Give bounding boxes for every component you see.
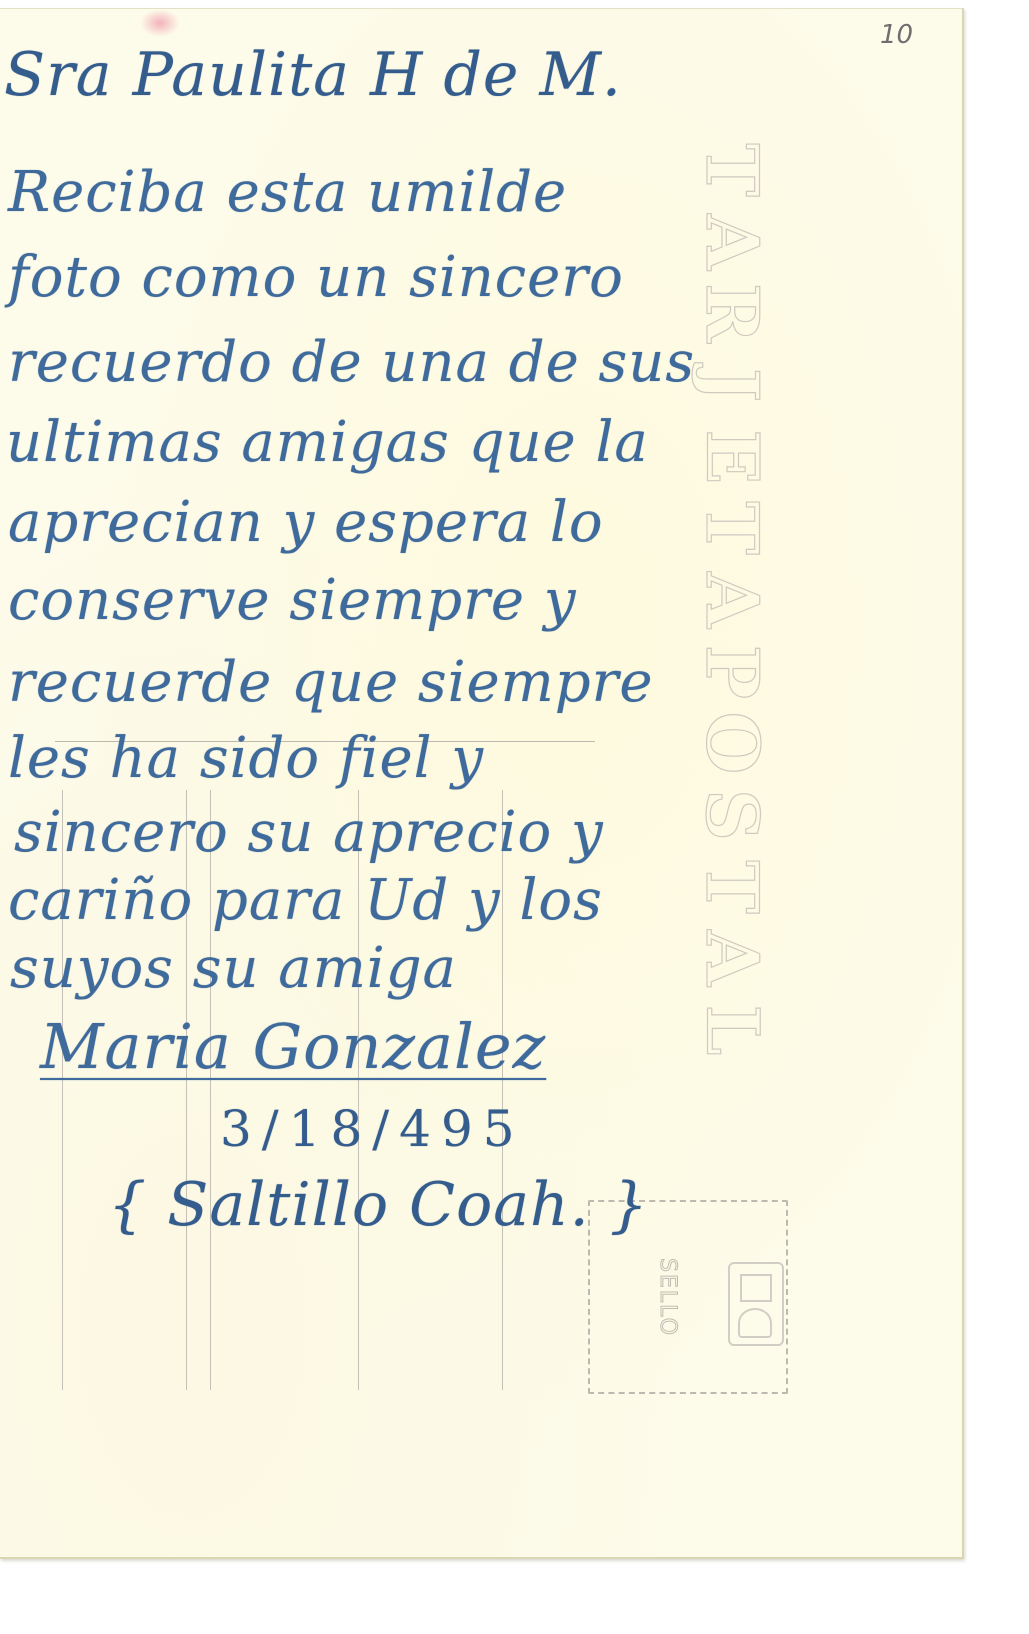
message-line: recuerde que siempre [8, 650, 654, 715]
message-line: conserve siempre y [8, 568, 576, 633]
watermark-letter: T [702, 860, 762, 914]
watermark-letter: A [702, 930, 762, 986]
message-line: foto como un sincero [8, 245, 624, 310]
watermark-letter: P [702, 645, 762, 699]
ink-stain [140, 9, 180, 37]
watermark-letter: J [702, 368, 762, 402]
date: 3/18/495 [220, 1100, 525, 1158]
publisher-logo-icon [728, 1262, 784, 1346]
message-line: recuerdo de una de sus [8, 330, 695, 395]
tarjeta-postal-watermark: T A R J E T A P O S T A L [692, 140, 772, 1060]
signature: Maria Gonzalez [40, 1010, 546, 1083]
salutation: Sra Paulita H de M. [4, 40, 622, 110]
message-line: suyos su amiga [10, 936, 457, 1001]
watermark-letter: S [702, 789, 762, 841]
message-line: cariño para Ud y los [8, 868, 603, 933]
pencil-page-number: 10 [880, 20, 913, 50]
message-line: ultimas amigas que la [6, 410, 649, 475]
message-line: les ha sido fiel y [8, 726, 484, 791]
watermark-letter: R [702, 283, 762, 343]
watermark-letter: E [702, 429, 762, 484]
watermark-letter: L [702, 1005, 762, 1056]
place: { Saltillo Coah. } [108, 1170, 649, 1240]
message-line: aprecian y espera lo [8, 490, 604, 555]
watermark-letter: O [702, 712, 762, 775]
stamp-label: SELLO [655, 1258, 680, 1337]
message-line: Reciba esta umilde [8, 160, 567, 225]
watermark-letter: T [702, 501, 762, 555]
watermark-letter: A [702, 214, 762, 270]
message-line: sincero su aprecio y [14, 800, 604, 865]
watermark-letter: A [702, 572, 762, 628]
watermark-letter: T [702, 143, 762, 197]
